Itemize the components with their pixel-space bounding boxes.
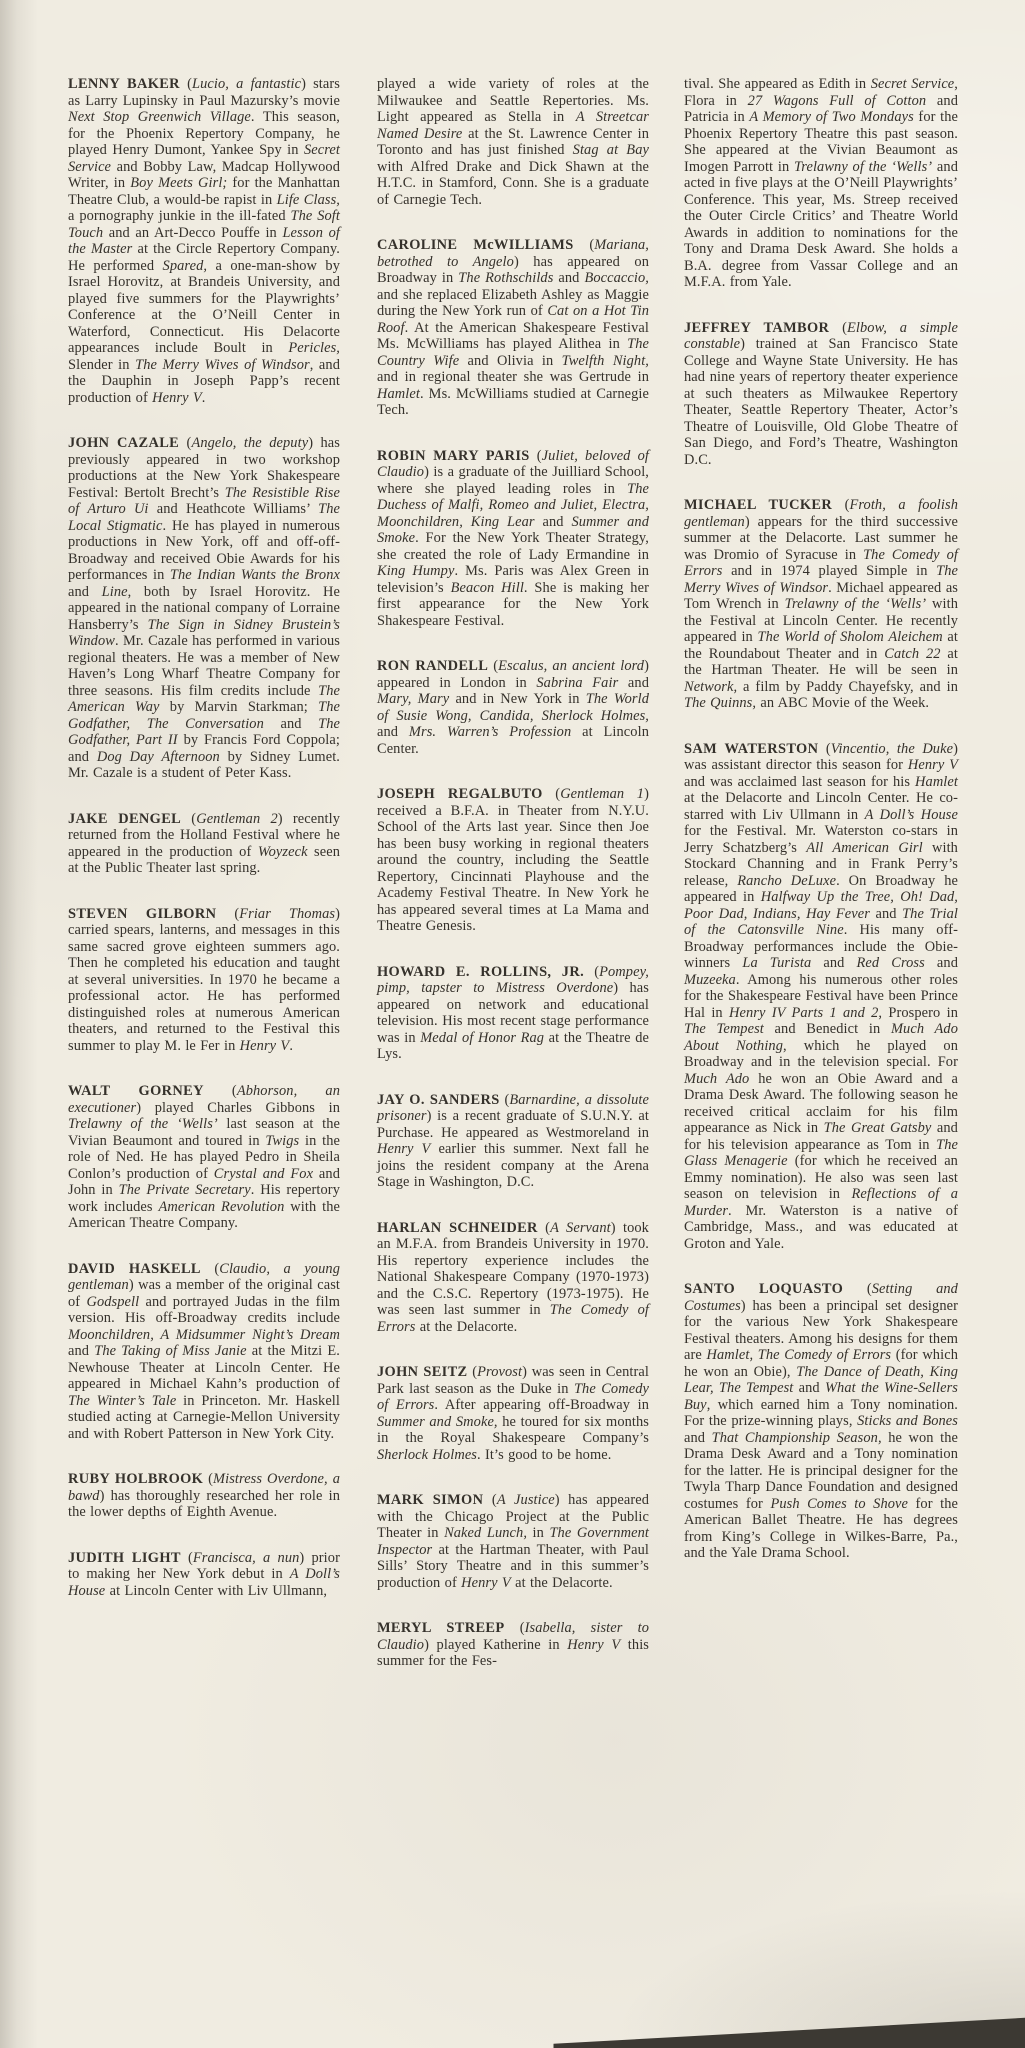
bio-paragraph: LENNY BAKER (Lucio, a fantastic) stars a… [68,76,340,406]
work-title-italic: Network, [684,679,737,695]
work-title-italic: Reflections of a Murder [684,1186,958,1219]
work-title-italic: Francisca, a nun [193,1550,300,1566]
work-title-italic: Catch 22 [884,646,940,662]
bio-paragraph: CAROLINE McWILLIAMS (Mariana, betrothed … [377,237,649,419]
work-title-italic: Hamlet [915,774,958,790]
work-title-italic: The Sign in Sidney Brustein’s Window [68,617,340,650]
work-title-italic: Push Comes to Shove [770,1496,908,1512]
work-title-italic: Henry IV Parts 1 and 2 [729,1005,878,1021]
person-name: JOHN CAZALE [68,435,179,451]
work-title-italic: Trelawny of the ‘Wells’ [794,159,932,175]
work-title-italic: The Resistible Rise of Arturo Ui [68,485,340,518]
work-title-italic: Henry V [567,1637,620,1653]
person-name: MICHAEL TUCKER [684,497,832,513]
work-title-italic: Boccaccio, [584,270,649,286]
work-title-italic: Friar Thomas [239,906,335,922]
work-title-italic: A Memory of Two Mondays [749,109,913,125]
work-title-italic: The Comedy of Errors [684,547,958,580]
work-title-italic: The Comedy of Errors [377,1381,649,1414]
bio-paragraph: RUBY HOLBROOK (Mistress Overdone, a bawd… [68,1471,340,1521]
work-title-italic: Sticks and Bones [857,1413,958,1429]
person-name: JEFFREY TAMBOR [684,320,829,336]
work-title-italic: Twigs [265,1133,299,1149]
work-title-italic: A Doll’s House [865,807,958,823]
work-title-italic: Trelawny of the ‘Wells’ [68,1116,218,1132]
bio-column-middle: played a wide variety of roles at the Mi… [377,76,649,1699]
work-title-italic: The American Way [68,683,340,716]
person-name: MERYL STREEP [377,1620,505,1636]
bio-columns: LENNY BAKER (Lucio, a fantastic) stars a… [0,0,1025,2048]
work-title-italic: The Winter’s Tale [68,1393,176,1409]
work-title-italic: A Doll’s House [68,1566,340,1599]
work-title-italic: Henry V [152,390,202,406]
work-title-italic: The World of Sholom Aleichem [758,629,943,645]
work-title-italic: The Great Gatsby [824,1120,932,1136]
bio-paragraph: JEFFREY TAMBOR (Elbow, a simple constabl… [684,320,958,469]
work-title-italic: Muzeeka [684,972,736,988]
person-name: LENNY BAKER [68,76,180,92]
work-title-italic: Life Class, [277,192,340,208]
work-title-italic: Boy Meets Girl; [130,175,227,191]
work-title-italic: Moonchildren, A Midsummer Night’s Dream [68,1327,340,1343]
work-title-italic: Sabrina Fair [536,675,618,691]
work-title-italic: Pericles, [288,340,340,356]
work-title-italic: Lucio, a fantastic [192,76,301,92]
work-title-italic: A Servant [550,1220,611,1236]
work-title-italic: King Humpy [377,563,454,579]
work-title-italic: Naked Lunch, [444,1525,527,1541]
work-title-italic: Provost [477,1364,522,1380]
work-title-italic: That Championship Season, [712,1430,882,1446]
work-title-italic: Secret Service [68,142,340,175]
bio-paragraph: ROBIN MARY PARIS (Juliet, beloved of Cla… [377,448,649,630]
work-title-italic: Gentleman 2 [196,811,278,827]
work-title-italic: Henry V [240,1038,290,1054]
work-title-italic: Beacon Hill [451,580,524,596]
work-title-italic: Spared, [163,258,208,274]
work-title-italic: The Taking of Miss Janie [94,1343,246,1359]
bio-paragraph: JAY O. SANDERS (Barnardine, a dissolute … [377,1092,649,1191]
person-name: STEVEN GILBORN [68,906,216,922]
person-name: JAY O. SANDERS [377,1092,500,1108]
work-title-italic: Sherlock Holmes [377,1447,477,1463]
work-title-italic: Lesson of the Master [68,225,340,258]
person-name: DAVID HASKELL [68,1261,201,1277]
person-name: RON RANDELL [377,658,488,674]
work-title-italic: Mary, Mary [377,691,449,707]
bio-paragraph: SAM WATERSTON (Vincentio, the Duke) was … [684,741,958,1253]
work-title-italic: Cat on a Hot Tin Roof [377,303,649,336]
work-title-italic: Dog Day Afternoon [97,749,220,765]
work-title-italic: The Tempest [684,1021,764,1037]
work-title-italic: A Streetcar Named Desire [377,109,649,142]
bio-paragraph: WALT GORNEY (Abhorson, an executioner) p… [68,1083,340,1232]
person-name: SANTO LOQUASTO [684,1281,843,1297]
work-title-italic: Angelo, the deputy [191,435,308,451]
work-title-italic: All American Girl [806,840,922,856]
person-name: SAM WATERSTON [684,741,818,757]
work-title-italic: Gentleman 1 [560,786,644,802]
work-title-italic: Next Stop Greenwich Village [68,109,251,125]
person-name: JOHN SEITZ [377,1364,468,1380]
bio-paragraph: played a wide variety of roles at the Mi… [377,76,649,208]
work-title-italic: The Indian Wants the Bronx [170,567,340,583]
bio-paragraph: MERYL STREEP (Isabella, sister to Claudi… [377,1620,649,1670]
bio-paragraph: tival. She appeared as Edith in Secret S… [684,76,958,291]
work-title-italic: The Merry Wives of Windsor [135,357,310,373]
person-name: HOWARD E. ROLLINS, JR. [377,964,584,980]
bio-paragraph: RON RANDELL (Escalus, an ancient lord) a… [377,658,649,757]
work-title-italic: Henry V [908,757,958,773]
bio-paragraph: JOHN CAZALE (Angelo, the deputy) has pre… [68,435,340,782]
work-title-italic: A Justice [497,1492,555,1508]
program-page: LENNY BAKER (Lucio, a fantastic) stars a… [0,0,1025,2048]
work-title-italic: Trelawny of the ‘Wells’ [785,596,927,612]
bio-paragraph: SANTO LOQUASTO (Setting and Costumes) ha… [684,1281,958,1562]
bio-column-right: tival. She appeared as Edith in Secret S… [684,76,958,1591]
work-title-italic: The Rothschilds [458,270,553,286]
bio-paragraph: JAKE DENGEL (Gentleman 2) recently retur… [68,811,340,877]
work-title-italic: The Private Secretary [119,1182,251,1198]
work-title-italic: The Merry Wives of Windsor [684,563,958,596]
work-title-italic: Twelfth Night, [562,353,649,369]
bio-paragraph: JOHN SEITZ (Provost) was seen in Central… [377,1364,649,1463]
work-title-italic: Much Ado [684,1071,749,1087]
person-name: CAROLINE McWILLIAMS [377,237,574,253]
person-name: JOSEPH REGALBUTO [377,786,543,802]
bio-paragraph: HARLAN SCHNEIDER (A Servant) took an M.F… [377,1220,649,1336]
person-name: RUBY HOLBROOK [68,1471,203,1487]
work-title-italic: Crystal and Fox [214,1166,313,1182]
work-title-italic: Henry V [461,1575,511,1591]
bio-column-left: LENNY BAKER (Lucio, a fantastic) stars a… [68,76,340,1628]
work-title-italic: Medal of Honor Rag [420,1030,544,1046]
work-title-italic: Mrs. Warren’s Profession [409,724,571,740]
work-title-italic: American Revolution [158,1199,284,1215]
bio-paragraph: MICHAEL TUCKER (Froth, a foolish gentlem… [684,497,958,712]
work-title-italic: 27 Wagons Full of Cotton [748,93,927,109]
bio-paragraph: MARK SIMON (A Justice) has appeared with… [377,1492,649,1591]
bio-paragraph: STEVEN GILBORN (Friar Thomas) carried sp… [68,906,340,1055]
work-title-italic: Red Cross [857,955,925,971]
person-name: MARK SIMON [377,1492,483,1508]
work-title-italic: Rancho DeLuxe [737,873,836,889]
person-name: JAKE DENGEL [68,811,181,827]
work-title-italic: Summer and Smoke, [377,1414,498,1430]
work-title-italic: The Glass Menagerie [684,1137,958,1170]
work-title-italic: Woyzeck [258,844,308,860]
work-title-italic: The Comedy of Errors [377,1302,649,1335]
person-name: JUDITH LIGHT [68,1550,181,1566]
work-title-italic: Stag at Bay [573,142,649,158]
work-title-italic: Hamlet [377,386,420,402]
work-title-italic: Escalus, an ancient lord [498,658,644,674]
work-title-italic: La Turista [742,955,811,971]
work-title-italic: Line [102,584,128,600]
work-title-italic: The Quinns, [684,695,756,711]
work-title-italic: Godspell [86,1294,139,1310]
work-title-italic: Vincentio, the Duke [831,741,953,757]
work-title-italic: Henry V [377,1141,430,1157]
bio-paragraph: HOWARD E. ROLLINS, JR. (Pompey, pimp, ta… [377,964,649,1063]
person-name: ROBIN MARY PARIS [377,448,530,464]
person-name: WALT GORNEY [68,1083,204,1099]
bio-paragraph: JOSEPH REGALBUTO (Gentleman 1) received … [377,786,649,935]
person-name: HARLAN SCHNEIDER [377,1220,538,1236]
bio-paragraph: JUDITH LIGHT (Francisca, a nun) prior to… [68,1550,340,1600]
bio-paragraph: DAVID HASKELL (Claudio, a young gentlema… [68,1261,340,1443]
work-title-italic: Secret Service [871,76,955,92]
work-title-italic: Hamlet, The Comedy of Errors [706,1347,891,1363]
